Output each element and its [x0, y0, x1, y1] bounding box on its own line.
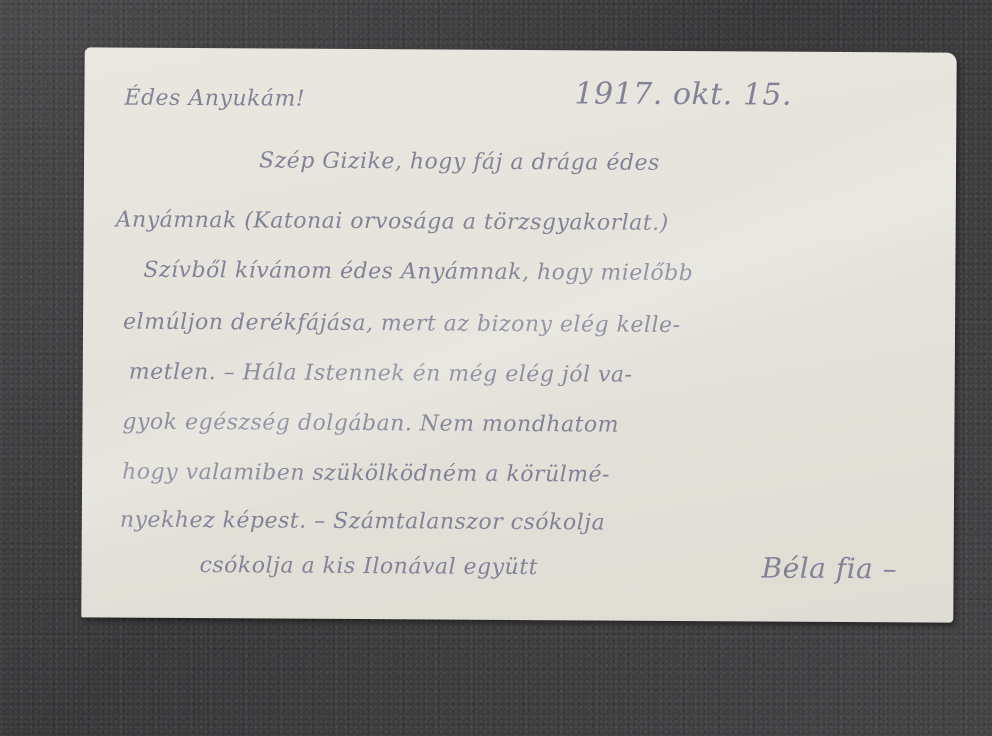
letter-line-5: metlen. – Hála Istennek én még elég jól …	[129, 360, 633, 388]
signature: Béla fia –	[761, 551, 897, 585]
date: 1917. okt. 15.	[574, 76, 792, 112]
letter-line-2: Anyámnak (Katonai orvosága a törzsgyakor…	[116, 208, 669, 236]
letter-line-4: elmúljon derékfájása, mert az bizony elé…	[123, 310, 681, 338]
letter-line-1: Szép Gizike, hogy fáj a drága édes	[259, 148, 660, 175]
salutation: Édes Anyukám!	[124, 86, 305, 112]
letter-line-9: csókolja a kis Ilonával együtt	[200, 553, 539, 580]
postcard: Édes Anyukám! 1917. okt. 15. Szép Gizike…	[81, 47, 956, 622]
letter-line-6: gyok egészség dolgában. Nem mondhatom	[122, 410, 619, 438]
letter-line-3: Szívből kívánom édes Anyámnak, hogy miel…	[143, 258, 693, 286]
letter-line-7: hogy valamiben szükölködném a körülmé-	[122, 460, 610, 488]
letter-line-8: nyekhez képest. – Számtalanszor csókolja	[120, 508, 605, 536]
